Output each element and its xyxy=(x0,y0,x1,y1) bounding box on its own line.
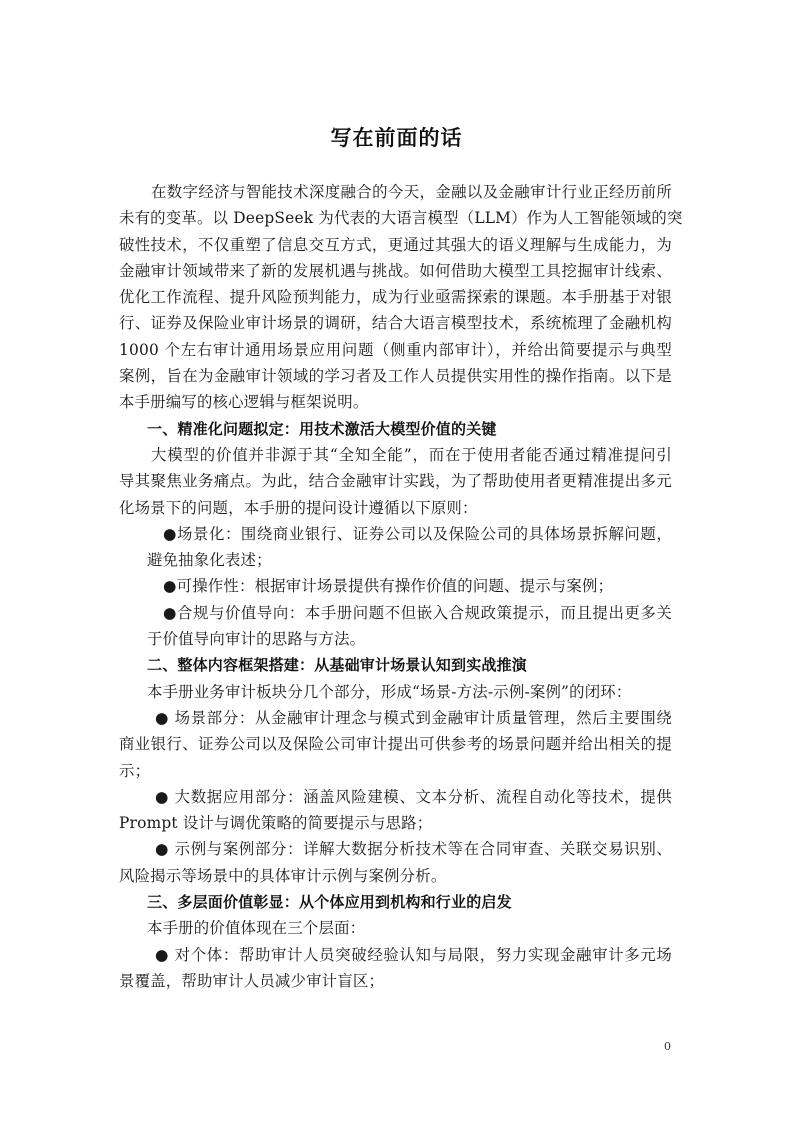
text-line: 破性技术，不仅重塑了信息交互方式，更通过其强大的语义理解与生成能力，为 xyxy=(119,232,672,258)
text-line: 导其聚焦业务痛点。为此，结合金融审计实践，为了帮助使用者更精准提出多元 xyxy=(119,468,672,494)
text-line: ● 对个体：帮助审计人员突破经验认知与局限，努力实现金融审计多元场 xyxy=(119,942,672,968)
text-line: 在数字经济与智能技术深度融合的今天，金融以及金融审计行业正经历前所 xyxy=(119,179,672,205)
text-line: 行、证券及保险业审计场景的调研，结合大语言模型技术，系统梳理了金融机构 xyxy=(119,310,672,336)
text-line: ●场景化：围绕商业银行、证券公司以及保险公司的具体场景拆解问题， xyxy=(119,521,672,547)
text-line: 示； xyxy=(119,758,672,784)
page-number: 0 xyxy=(664,1040,671,1053)
text-line: 本手册编写的核心逻辑与框架说明。 xyxy=(119,389,672,415)
document-body: 在数字经济与智能技术深度融合的今天，金融以及金融审计行业正经历前所未有的变革。以… xyxy=(119,179,672,994)
text-line: ●可操作性：根据审计场景提供有操作价值的问题、提示与案例； xyxy=(119,573,672,599)
text-line: Prompt 设计与调优策略的简要提示与思路； xyxy=(119,810,672,836)
text-line: 优化工作流程、提升风险预判能力，成为行业亟需探索的课题。本手册基于对银 xyxy=(119,284,672,310)
text-line: 未有的变革。以 DeepSeek 为代表的大语言模型（LLM）作为人工智能领域的… xyxy=(119,205,672,231)
section-heading: 三、多层面价值彰显：从个体应用到机构和行业的启发 xyxy=(119,889,672,915)
text-line: 景覆盖，帮助审计人员减少审计盲区； xyxy=(119,968,672,994)
page-title: 写在前面的话 xyxy=(0,122,793,152)
text-line: 于价值导向审计的思路与方法。 xyxy=(119,626,672,652)
text-line: 金融审计领域带来了新的发展机遇与挑战。如何借助大模型工具挖掘审计线索、 xyxy=(119,258,672,284)
text-line: ● 示例与案例部分：详解大数据分析技术等在合同审查、关联交易识别、 xyxy=(119,836,672,862)
text-line: 化场景下的问题，本手册的提问设计遵循以下原则： xyxy=(119,495,672,521)
section-heading: 一、精准化问题拟定：用技术激活大模型价值的关键 xyxy=(119,416,672,442)
text-line: 案例，旨在为金融审计领域的学习者及工作人员提供实用性的操作指南。以下是 xyxy=(119,363,672,389)
text-line: 大模型的价值并非源于其“全知全能”，而在于使用者能否通过精准提问引 xyxy=(119,442,672,468)
document-page: 写在前面的话 在数字经济与智能技术深度融合的今天，金融以及金融审计行业正经历前所… xyxy=(0,0,793,1122)
text-line: ●合规与价值导向：本手册问题不但嵌入合规政策提示，而且提出更多关 xyxy=(119,600,672,626)
text-line: 避免抽象化表述； xyxy=(119,547,672,573)
text-line: 本手册的价值体现在三个层面： xyxy=(119,915,672,941)
text-line: 商业银行、证券公司以及保险公司审计提出可供参考的场景问题并给出相关的提 xyxy=(119,731,672,757)
text-line: 本手册业务审计板块分几个部分，形成“场景-方法-示例-案例”的闭环： xyxy=(119,679,672,705)
text-line: 1000 个左右审计通用场景应用问题（侧重内部审计），并给出简要提示与典型 xyxy=(119,337,672,363)
section-heading: 二、整体内容框架搭建：从基础审计场景认知到实战推演 xyxy=(119,652,672,678)
text-line: ● 场景部分：从金融审计理念与模式到金融审计质量管理，然后主要围绕 xyxy=(119,705,672,731)
text-line: ● 大数据应用部分：涵盖风险建模、文本分析、流程自动化等技术，提供 xyxy=(119,784,672,810)
text-line: 风险揭示等场景中的具体审计示例与案例分析。 xyxy=(119,863,672,889)
